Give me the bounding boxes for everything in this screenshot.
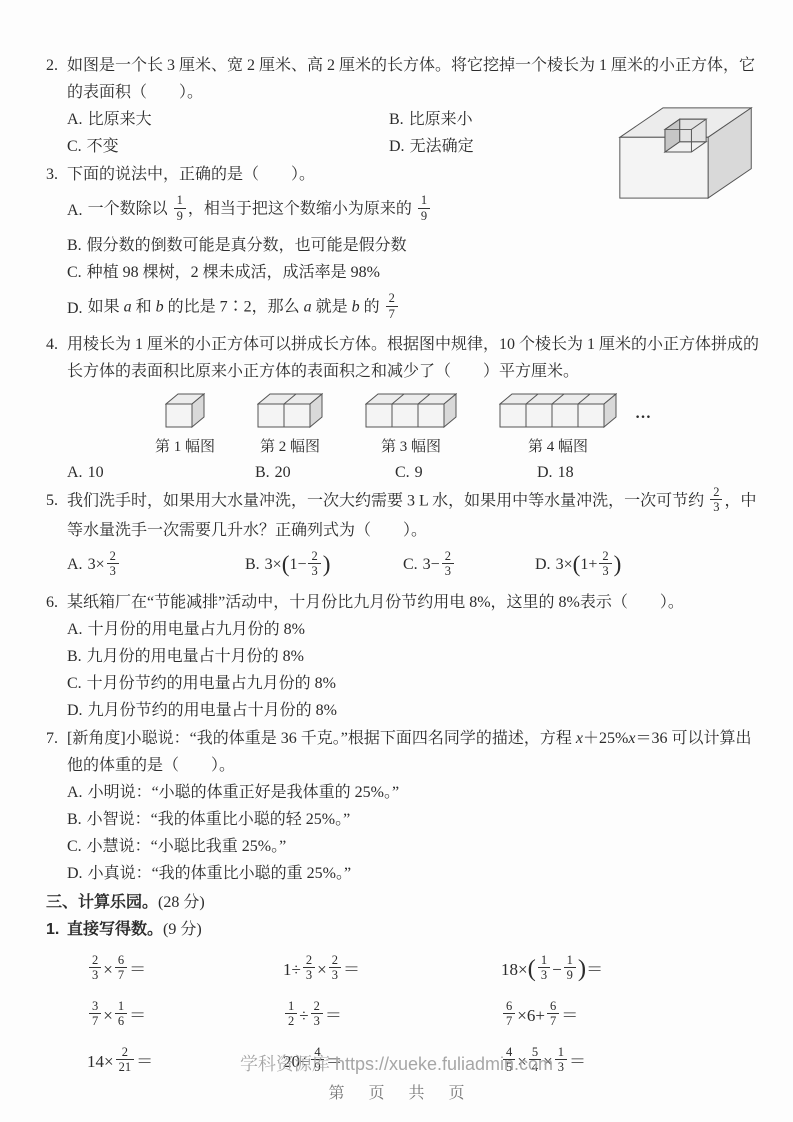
option-text: 比原来小 <box>409 111 473 128</box>
option-text: 一个数除以 19，相当于把这个数缩小为原来的 19 <box>88 195 433 225</box>
option-label: B. <box>67 811 82 828</box>
option-label: C. <box>67 264 82 281</box>
option-text: 不变 <box>87 138 119 155</box>
option-text: 小慧说：“小聪比我重 25%。” <box>87 838 287 855</box>
option-a: A.比原来大 <box>67 106 389 133</box>
cube-strip-diagram <box>499 393 617 437</box>
cube-figure-4: 第 4 幅图 <box>499 393 617 456</box>
calc-item: 23×67＝ <box>87 949 283 991</box>
option-text: 假分数的倒数可能是真分数，也可能是假分数 <box>87 237 407 254</box>
ellipsis-mark: … <box>635 400 653 449</box>
question-number: 6. <box>46 589 67 724</box>
question-stem: 用棱长为 1 厘米的小正方体可以拼成长方体。根据图中规律，10 个棱长为 1 厘… <box>67 331 763 385</box>
option-text: 9 <box>415 464 423 481</box>
option-label: A. <box>67 621 83 638</box>
option-c: C.不变 <box>67 133 389 160</box>
calc-item: 12÷23＝ <box>283 995 501 1037</box>
option-text: 3×(1+23) <box>556 556 622 573</box>
question-stem: 我们洗手时，如果用大水量冲洗，一次大约需要 3 L 水，如果用中等水量冲洗，一次… <box>67 487 763 544</box>
question-6: 6. 某纸箱厂在“节能减排”活动中，十月份比九月份节约用电 8%，这里的 8%表… <box>46 589 763 724</box>
cube-strip-diagram <box>257 393 323 437</box>
option-b: B.20 <box>255 459 395 486</box>
option-label: D. <box>389 138 405 155</box>
option-text: 九月份节约的用电量占十月份的 8% <box>88 702 337 719</box>
option-b: B.九月份的用电量占十月份的 8% <box>67 643 763 670</box>
option-label: A. <box>67 556 83 573</box>
option-label: A. <box>67 464 83 481</box>
cube-strip-diagram <box>165 393 205 437</box>
option-a: A.10 <box>67 459 255 486</box>
option-text: 10 <box>88 464 104 481</box>
option-label: A. <box>67 111 83 128</box>
option-b: B.假分数的倒数可能是真分数，也可能是假分数 <box>67 232 763 259</box>
option-text: 20 <box>275 464 291 481</box>
question-stem: [新角度]小聪说：“我的体重是 36 千克。”根据下面四名同学的描述，方程 x＋… <box>67 725 763 779</box>
calc-item: 67×6+67＝ <box>501 995 763 1037</box>
cube-figure-2: 第 2 幅图 <box>257 393 323 456</box>
subsection-title: 直接写得数。 <box>67 921 163 938</box>
figure-label: 第 1 幅图 <box>155 438 215 456</box>
option-label: B. <box>67 237 82 254</box>
calc-item: 37×16＝ <box>87 995 283 1037</box>
calc-item: 1÷23×23＝ <box>283 949 501 991</box>
question-number: 5. <box>46 487 67 588</box>
option-label: D. <box>537 464 553 481</box>
question-number: 2. <box>46 52 67 160</box>
cube-strip-diagram <box>365 393 457 437</box>
figure-label: 第 3 幅图 <box>381 438 441 456</box>
option-text: 3×(1−23) <box>265 556 331 573</box>
option-b: B.小智说：“我的体重比小聪的轻 25%。” <box>67 806 763 833</box>
option-c: C.十月份节约的用电量占九月份的 8% <box>67 670 763 697</box>
option-text: 无法确定 <box>410 138 474 155</box>
option-label: B. <box>245 556 260 573</box>
option-c: C.小慧说：“小聪比我重 25%。” <box>67 833 763 860</box>
option-label: B. <box>255 464 270 481</box>
option-a: A.3×23 <box>67 551 245 581</box>
option-b: B.3×(1−23) <box>245 551 403 581</box>
section-score: (28 分) <box>158 894 205 911</box>
question-4: 4. 用棱长为 1 厘米的小正方体可以拼成长方体。根据图中规律，10 个棱长为 … <box>46 331 763 486</box>
question-number: 7. <box>46 725 67 887</box>
option-label: C. <box>403 556 418 573</box>
option-text: 18 <box>558 464 574 481</box>
options-row: A.3×23 B.3×(1−23) C.3−23 D.3×(1+23) <box>67 544 763 588</box>
cube-figure-1: 第 1 幅图 <box>155 393 215 456</box>
option-text: 种植 98 棵树，2 棵未成活，成活率是 98% <box>87 264 380 281</box>
option-d: D.如果 a 和 b 的比是 7∶2，那么 a 就是 b 的 27 <box>67 286 763 330</box>
option-text: 比原来大 <box>88 111 152 128</box>
option-label: D. <box>67 865 83 882</box>
option-text: 小智说：“我的体重比小聪的轻 25%。” <box>87 811 351 828</box>
option-a: A.十月份的用电量占九月份的 8% <box>67 616 763 643</box>
question-number: 4. <box>46 331 67 486</box>
option-text: 小真说：“我的体重比小聪的重 25%。” <box>88 865 352 882</box>
option-c: C.种植 98 棵树，2 棵未成活，成活率是 98% <box>67 259 763 286</box>
option-label: D. <box>67 295 83 322</box>
option-text: 九月份的用电量占十月份的 8% <box>87 648 304 665</box>
option-label: B. <box>389 111 404 128</box>
option-label: C. <box>67 675 82 692</box>
option-a: A.小明说：“小聪的体重正好是我体重的 25%。” <box>67 779 763 806</box>
option-label: C. <box>395 464 410 481</box>
footer-site-link: 学科资源库 https://xueke.fuliadmin.com <box>0 1052 793 1076</box>
option-d: D.18 <box>537 459 574 486</box>
question-5: 5. 我们洗手时，如果用大水量冲洗，一次大约需要 3 L 水，如果用中等水量冲洗… <box>46 487 763 588</box>
option-label: C. <box>67 138 82 155</box>
options-row: A.10 B.20 C.9 D.18 <box>67 459 763 486</box>
option-text: 十月份的用电量占九月份的 8% <box>88 621 305 638</box>
option-text: 3×23 <box>88 556 121 573</box>
option-c: C.9 <box>395 459 537 486</box>
option-label: A. <box>67 784 83 801</box>
option-d: D.3×(1+23) <box>535 551 621 581</box>
cube-figures-row: 第 1 幅图 第 2 幅图 第 3 幅图 第 4 幅图 … <box>155 393 763 456</box>
calc-item: 18×(13−19)＝ <box>501 949 763 991</box>
option-text: 十月份节约的用电量占九月份的 8% <box>87 675 336 692</box>
option-d: D.小真说：“我的体重比小聪的重 25%。” <box>67 860 763 887</box>
subsection-score: (9 分) <box>163 921 202 938</box>
section-title: 三、计算乐园。 <box>46 894 158 911</box>
subsection-heading: 直接写得数。(9 分) <box>67 916 763 943</box>
question-number: 3. <box>46 161 67 330</box>
option-text: 3−23 <box>423 556 456 573</box>
option-c: C.3−23 <box>403 551 535 581</box>
option-text: 如果 a 和 b 的比是 7∶2，那么 a 就是 b 的 27 <box>88 293 400 323</box>
option-text: 小明说：“小聪的体重正好是我体重的 25%。” <box>88 784 400 801</box>
section-3-heading: 三、计算乐园。(28 分) <box>46 889 763 916</box>
option-label: D. <box>67 702 83 719</box>
cube-figure-3: 第 3 幅图 <box>365 393 457 456</box>
option-label: C. <box>67 838 82 855</box>
worksheet-page: 2. 如图是一个长 3 厘米、宽 2 厘米、高 2 厘米的长方体。将它挖掉一个棱… <box>0 0 793 1122</box>
option-label: B. <box>67 648 82 665</box>
option-label: A. <box>67 197 83 224</box>
option-d: D.九月份节约的用电量占十月份的 8% <box>67 697 763 724</box>
question-7: 7. [新角度]小聪说：“我的体重是 36 千克。”根据下面四名同学的描述，方程… <box>46 725 763 887</box>
figure-label: 第 4 幅图 <box>528 438 588 456</box>
footer-page-number: 第 页 共 页 <box>0 1080 793 1107</box>
question-stem: 某纸箱厂在“节能减排”活动中，十月份比九月份节约用电 8%，这里的 8%表示（ … <box>67 589 763 616</box>
figure-label: 第 2 幅图 <box>260 438 320 456</box>
option-label: D. <box>535 556 551 573</box>
notched-cuboid-figure <box>612 98 764 206</box>
